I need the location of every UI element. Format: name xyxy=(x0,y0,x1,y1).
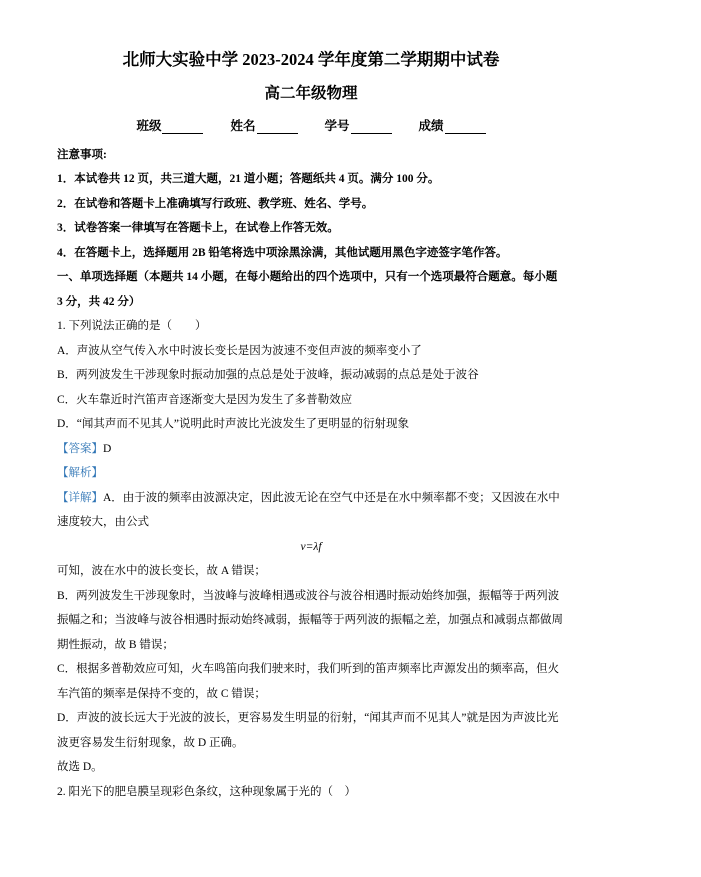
detail-paragraph-d: D．声波的波长远大于光波的波长，更容易发生明显的衍射，“闻其声而不见其人”就是因… xyxy=(57,706,565,755)
notice-item-4: 4．在答题卡上，选择题用 2B 铅笔将选中项涂黑涂满，其他试题用黑色字迹签字笔作… xyxy=(57,241,565,266)
formula-v-lambda-f: v=λf xyxy=(57,535,565,560)
answer-line: 【答案】D xyxy=(57,437,565,462)
question-1-option-c: C．火车靠近时汽笛声音逐渐变大是因为发生了多普勒效应 xyxy=(57,388,565,413)
class-field: 班级 xyxy=(136,116,203,134)
student-id-field: 学号 xyxy=(325,116,392,134)
name-field-label: 姓名 xyxy=(230,116,255,134)
answer-value: D xyxy=(103,443,111,455)
document-body: 注意事项: 1．本试卷共 12 页，共三道大题，21 道小题；答题纸共 4 页。… xyxy=(57,143,565,805)
detail-tag: 【详解】 xyxy=(57,492,103,504)
question-1-stem: 1. 下列说法正确的是（ ） xyxy=(57,314,565,339)
analysis-tag: 【解析】 xyxy=(57,467,103,479)
answer-tag: 【答案】 xyxy=(57,443,103,455)
question-1-option-a: A．声波从空气传入水中时波长变长是因为波速不变但声波的频率变小了 xyxy=(57,339,565,364)
student-id-field-blank xyxy=(351,121,392,134)
detail-paragraph-a: 【详解】A．由于波的频率由波源决定，因此波无论在空气中还是在水中频率都不变；又因… xyxy=(57,486,565,535)
analysis-line: 【解析】 xyxy=(57,461,565,486)
detail-a-text: A．由于波的频率由波源决定，因此波无论在空气中还是在水中频率都不变；又因波在水中… xyxy=(57,492,560,529)
page-title: 北师大实验中学 2023-2024 学年度第二学期期中试卷 xyxy=(57,48,565,72)
notice-item-2: 2．在试卷和答题卡上准确填写行政班、教学班、姓名、学号。 xyxy=(57,192,565,217)
page-content: 北师大实验中学 2023-2024 学年度第二学期期中试卷 高二年级物理 班级 … xyxy=(0,0,701,804)
page-subtitle: 高二年级物理 xyxy=(57,81,565,103)
score-field-blank xyxy=(445,121,486,134)
notice-heading: 注意事项: xyxy=(57,143,565,168)
name-field: 姓名 xyxy=(230,116,297,134)
score-field-label: 成绩 xyxy=(419,116,444,134)
question-2-stem: 2. 阳光下的肥皂膜呈现彩色条纹，这种现象属于光的（ ） xyxy=(57,780,565,805)
detail-a-conclusion: 可知，波在水中的波长变长，故 A 错误； xyxy=(57,559,565,584)
student-info-row: 班级 姓名 学号 成绩 xyxy=(57,116,565,134)
score-field: 成绩 xyxy=(419,116,486,134)
section-1-heading: 一、单项选择题（本题共 14 小题，在每小题给出的四个选项中，只有一个选项最符合… xyxy=(57,265,565,314)
notice-item-1: 1．本试卷共 12 页，共三道大题，21 道小题；答题纸共 4 页。满分 100… xyxy=(57,167,565,192)
question-1-option-b: B．两列波发生干涉现象时振动加强的点总是处于波峰，振动减弱的点总是处于波谷 xyxy=(57,363,565,388)
class-field-blank xyxy=(162,121,203,134)
student-id-field-label: 学号 xyxy=(325,116,350,134)
question-1-option-d: D．“闻其声而不见其人”说明此时声波比光波发生了更明显的衍射现象 xyxy=(57,412,565,437)
exam-paper-page: 北师大实验中学 2023-2024 学年度第二学期期中试卷 高二年级物理 班级 … xyxy=(0,0,701,877)
class-field-label: 班级 xyxy=(136,116,161,134)
detail-paragraph-c: C．根据多普勒效应可知，火车鸣笛向我们驶来时，我们听到的笛声频率比声源发出的频率… xyxy=(57,657,565,706)
name-field-blank xyxy=(257,121,298,134)
notice-item-3: 3．试卷答案一律填写在答题卡上，在试卷上作答无效。 xyxy=(57,216,565,241)
conclusion-line: 故选 D。 xyxy=(57,755,565,780)
detail-paragraph-b: B．两列波发生干涉现象时，当波峰与波峰相遇或波谷与波谷相遇时振动始终加强，振幅等… xyxy=(57,584,565,658)
